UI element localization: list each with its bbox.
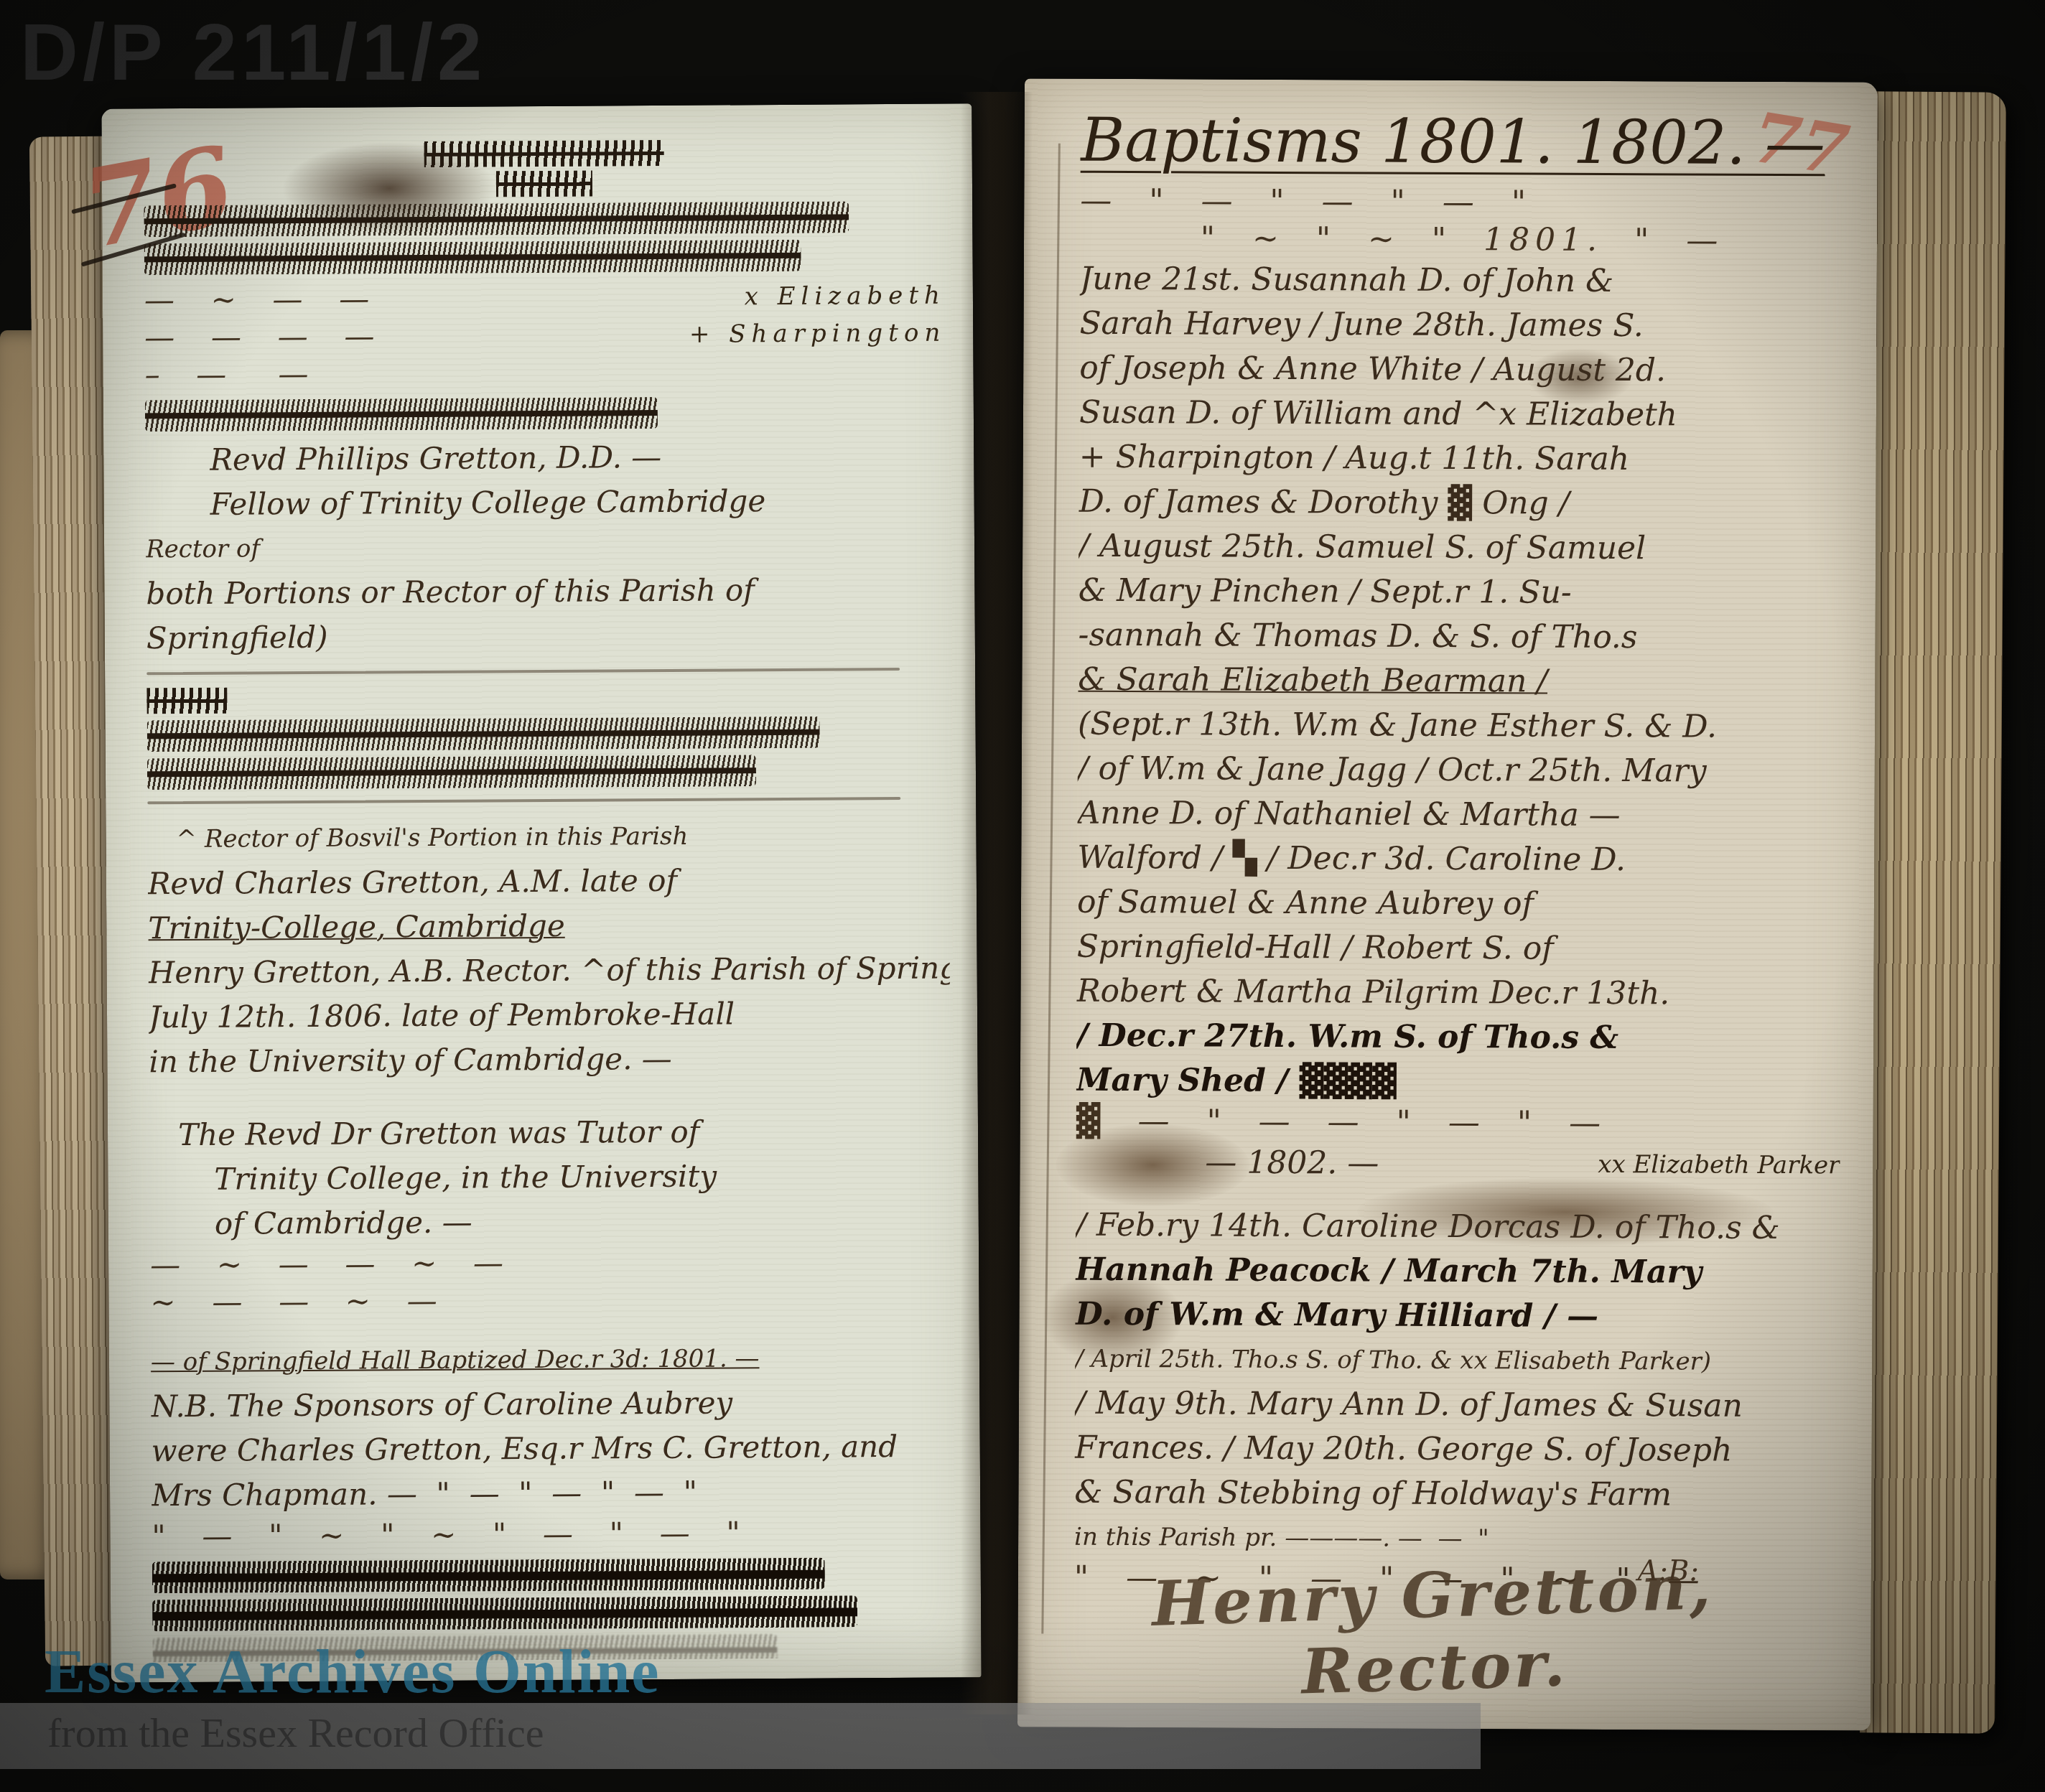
line-text: Fellow of Trinity College Cambridge bbox=[210, 483, 766, 522]
register-line: ✓& Sarah Elizabeth Bearman / bbox=[1078, 658, 1842, 706]
line-text: of Cambridge. — bbox=[215, 1205, 472, 1241]
crossed-out-line bbox=[144, 240, 801, 276]
line-text: Hannah Peacock / March 7th. Mary bbox=[1076, 1251, 1702, 1291]
line-text: — 1802. — bbox=[1205, 1144, 1379, 1182]
register-line: Revd Phillips Gretton, D.D. — bbox=[145, 434, 946, 483]
archive-reference-watermark: D/P 211/1/2 bbox=[20, 6, 486, 98]
line-text: were Charles Gretton, Esq.r Mrs C. Grett… bbox=[152, 1429, 898, 1468]
register-line: ✓D. of James & Dorothy ▓ Ong / bbox=[1079, 480, 1843, 528]
line-text: Robert & Martha Pilgrim Dec.r 13th. bbox=[1076, 973, 1669, 1012]
register-line: ✓Sarah Harvey / June 28th. James S. bbox=[1079, 302, 1843, 350]
register-line: x Elizabeth— ~ — — bbox=[144, 277, 946, 319]
line-text: N.B. The Sponsors of Caroline Aubrey bbox=[151, 1385, 732, 1424]
register-line: / May 9th. Mary Ann D. of James & Susan bbox=[1075, 1381, 1839, 1429]
line-text: -sannah & Thomas D. & S. of Tho.s bbox=[1079, 617, 1638, 655]
line-text: Springfield) bbox=[146, 620, 328, 656]
register-line: Fellow of Trinity College Cambridge bbox=[145, 478, 946, 528]
left-page-text: x Elizabeth— ~ — —+ Sharpington— — — —– … bbox=[144, 134, 954, 1663]
line-text: ~ — — ~ — bbox=[150, 1283, 442, 1320]
spacer bbox=[149, 1080, 951, 1114]
register-line: Hannah Peacock / March 7th. Mary bbox=[1076, 1248, 1840, 1296]
line-text: Susan D. of William and ^x Elizabeth bbox=[1079, 394, 1677, 434]
register-line: ^ Rector of Bosvil's Portion in this Par… bbox=[147, 813, 949, 862]
register-line: D. of W.m & Mary Hilliard / — bbox=[1075, 1292, 1839, 1340]
register-line: — of Springfield Hall Baptized Dec.r 3d:… bbox=[151, 1335, 952, 1385]
line-text: Henry Gretton, A.B. Rector. ^of this Par… bbox=[149, 950, 954, 990]
crossed-out-line bbox=[152, 1558, 826, 1594]
line-text: Revd Phillips Gretton, D.D. — bbox=[210, 439, 661, 477]
line-text: Mrs Chapman. — " — " — " — " bbox=[152, 1475, 697, 1513]
line-text: D. of James & Dorothy ▓ Ong / bbox=[1079, 483, 1569, 522]
line-text: — " — " — " — " bbox=[1080, 182, 1532, 221]
branding-watermark-title: Essex Archives Online bbox=[45, 1635, 661, 1707]
line-text: July 12th. 1806. late of Pembroke-Hall bbox=[149, 996, 735, 1035]
line-text: Walford / ▚ / Dec.r 3d. Caroline D. bbox=[1077, 839, 1626, 878]
right-page-entries: — " — " — " — "" ~ " ~ " 1801. " —✓June … bbox=[1074, 182, 1845, 1600]
line-text: Springfield-Hall / Robert S. of bbox=[1077, 928, 1554, 967]
line-text: / Dec.r 27th. W.m S. of Tho.s & bbox=[1076, 1017, 1618, 1056]
register-line: — ~ — — ~ — bbox=[150, 1242, 951, 1284]
register-line: " — " ~ " ~ " — " — " bbox=[152, 1513, 953, 1556]
register-line: ✓of Samuel & Anne Aubrey of bbox=[1077, 880, 1841, 928]
register-line: — " — " — " — " bbox=[1080, 182, 1844, 223]
register-line: Henry Gretton, A.B. Rector. ^of this Par… bbox=[148, 946, 949, 996]
line-text: Rector of bbox=[146, 534, 260, 564]
register-line: + Sharpington— — — — bbox=[144, 314, 946, 357]
line-text: of Joseph & Anne White / August 2d. bbox=[1079, 350, 1666, 389]
line-text: Trinity-College, Cambridge bbox=[148, 908, 565, 946]
line-text: — — — — bbox=[144, 318, 380, 355]
register-line: The Revd Dr Gretton was Tutor of bbox=[149, 1109, 951, 1158]
line-text: in the University of Cambridge. — bbox=[149, 1041, 672, 1079]
register-line: Mrs Chapman. — " — " — " — " bbox=[152, 1469, 953, 1518]
branding-watermark-subtitle: from the Essex Record Office bbox=[47, 1709, 544, 1757]
register-line: Rector of bbox=[146, 523, 947, 572]
line-text: Revd Charles Gretton, A.M. late of bbox=[148, 863, 677, 902]
register-line: Springfield) bbox=[146, 612, 948, 661]
register-line: were Charles Gretton, Esq.r Mrs C. Grett… bbox=[152, 1424, 953, 1474]
line-text: + Sharpington / Aug.t 11th. Sarah bbox=[1079, 439, 1630, 477]
register-line: ▓ — " — — " — " — bbox=[1076, 1103, 1840, 1144]
line-text: Anne D. of Nathaniel & Martha — bbox=[1077, 795, 1620, 834]
line-text: (Sept.r 13th. W.m & Jane Esther S. & D. bbox=[1078, 706, 1717, 745]
line-text: / May 9th. Mary Ann D. of James & Susan bbox=[1075, 1385, 1743, 1424]
register-line: July 12th. 1806. late of Pembroke-Hall bbox=[149, 991, 950, 1040]
register-line: ✓Robert & Martha Pilgrim Dec.r 13th. bbox=[1076, 969, 1840, 1017]
register-line: Mary Shed / ▓▓▓▓ bbox=[1076, 1058, 1840, 1106]
line-annotation: xx Elizabeth Parker bbox=[1598, 1142, 1840, 1187]
line-text: Mary Shed / ▓▓▓▓ bbox=[1076, 1062, 1397, 1100]
line-text: " ~ " ~ " 1801. " — bbox=[1201, 220, 1724, 258]
register-line: / April 25th. Tho.s S. of Tho. & xx Elis… bbox=[1075, 1337, 1839, 1385]
line-text: of Samuel & Anne Aubrey of bbox=[1077, 884, 1534, 923]
register-line: Revd Charles Gretton, A.M. late of bbox=[148, 857, 949, 907]
crossed-out-line bbox=[144, 201, 849, 237]
register-line: ✓/ August 25th. Samuel S. of Samuel bbox=[1079, 524, 1843, 572]
register-line: ✓Walford / ▚ / Dec.r 3d. Caroline D. bbox=[1077, 836, 1841, 884]
line-text: — ~ — — ~ — bbox=[150, 1245, 509, 1282]
line-text: ^ Rector of Bosvil's Portion in this Par… bbox=[176, 822, 688, 854]
register-line: ✓Susan D. of William and ^x Elizabeth bbox=[1079, 391, 1843, 439]
register-line: both Portions or Rector of this Parish o… bbox=[146, 567, 947, 617]
crossed-out-line bbox=[424, 140, 664, 167]
line-text: Sarah Harvey / June 28th. James S. bbox=[1079, 305, 1643, 344]
register-line: ✓Anne D. of Nathaniel & Martha — bbox=[1077, 791, 1841, 839]
register-line: in the University of Cambridge. — bbox=[149, 1035, 950, 1085]
register-line: ✓of Joseph & Anne White / August 2d. bbox=[1079, 346, 1843, 394]
pen-rule bbox=[147, 797, 900, 804]
line-text: & Mary Pinchen / Sept.r 1. Su- bbox=[1079, 572, 1572, 611]
pen-rule bbox=[146, 668, 900, 675]
register-line: Trinity-College, Cambridge bbox=[148, 902, 949, 951]
register-line: ✓-sannah & Thomas D. & S. of Tho.s bbox=[1078, 613, 1842, 661]
line-text: — ~ — — bbox=[144, 281, 376, 317]
line-text: ▓ — " — — " — " — bbox=[1076, 1103, 1607, 1142]
register-line: ~ — — ~ — bbox=[150, 1279, 951, 1322]
register-line: Trinity College, in the University bbox=[149, 1153, 951, 1203]
line-text: The Revd Dr Gretton was Tutor of bbox=[178, 1114, 699, 1152]
line-text: & Sarah Elizabeth Bearman / bbox=[1078, 661, 1547, 700]
page-heading: Baptisms 1801. 1802. — bbox=[1080, 98, 1845, 186]
register-line: N.B. The Sponsors of Caroline Aubrey bbox=[151, 1380, 952, 1429]
book-gutter-shadow bbox=[961, 92, 1033, 1714]
crossed-out-line bbox=[152, 1595, 857, 1631]
crossed-out-line bbox=[147, 717, 821, 752]
register-line: ✓/ of W.m & Jane Jagg / Oct.r 25th. Mary bbox=[1078, 747, 1842, 795]
register-line: / Feb.ry 14th. Caroline Dorcas D. of Tho… bbox=[1076, 1203, 1840, 1251]
line-text: D. of W.m & Mary Hilliard / — bbox=[1075, 1296, 1598, 1335]
register-line: ✓+ Sharpington / Aug.t 11th. Sarah bbox=[1079, 435, 1843, 483]
line-text: / August 25th. Samuel S. of Samuel bbox=[1079, 528, 1646, 566]
line-text: " — " ~ " ~ " — " — " bbox=[152, 1515, 746, 1554]
line-annotation: + Sharpington bbox=[689, 314, 946, 353]
rector-signature-block: A:B: Henry Gretton, Rector. bbox=[1017, 1557, 1850, 1706]
branding-watermark-band: from the Essex Record Office bbox=[0, 1703, 1481, 1769]
register-line: / Dec.r 27th. W.m S. of Tho.s & bbox=[1076, 1014, 1840, 1062]
line-text: / Feb.ry 14th. Caroline Dorcas D. of Tho… bbox=[1076, 1207, 1780, 1246]
line-text: – — — bbox=[144, 356, 314, 392]
register-line: xx Elizabeth Parker— 1802. — bbox=[1076, 1140, 1840, 1188]
register-page-right: 77 Baptisms 1801. 1802. — — " — " — " — … bbox=[1017, 78, 1878, 1730]
line-text: / April 25th. Tho.s S. of Tho. & xx Elis… bbox=[1075, 1345, 1711, 1376]
signature-name: Henry Gretton, Rector. bbox=[1016, 1546, 1852, 1717]
line-text: Frances. / May 20th. George S. of Joseph bbox=[1075, 1429, 1733, 1469]
register-line: & Sarah Stebbing of Holdway's Farm bbox=[1074, 1470, 1838, 1518]
register-line: ✓& Mary Pinchen / Sept.r 1. Su- bbox=[1079, 569, 1843, 617]
line-text: Trinity College, in the University bbox=[214, 1159, 717, 1197]
line-text: / of W.m & Jane Jagg / Oct.r 25th. Mary bbox=[1078, 750, 1707, 790]
register-line: ✓(Sept.r 13th. W.m & Jane Esther S. & D. bbox=[1078, 702, 1842, 750]
register-line: ✓June 21st. Susannah D. of John & bbox=[1080, 257, 1844, 305]
right-page-text: Baptisms 1801. 1802. — — " — " — " — "" … bbox=[1073, 98, 1845, 1714]
register-line: ✓Springfield-Hall / Robert S. of bbox=[1077, 925, 1841, 973]
line-text: both Portions or Rector of this Parish o… bbox=[146, 572, 755, 611]
crossed-out-line bbox=[146, 688, 227, 714]
line-annotation: x Elizabeth bbox=[745, 277, 946, 316]
crossed-out-line bbox=[145, 397, 658, 431]
line-text: — of Springfield Hall Baptized Dec.r 3d:… bbox=[151, 1344, 760, 1376]
register-line: of Cambridge. — bbox=[150, 1198, 951, 1247]
register-line: Frances. / May 20th. George S. of Joseph bbox=[1075, 1426, 1839, 1474]
line-text: June 21st. Susannah D. of John & bbox=[1080, 261, 1614, 299]
register-line: " ~ " ~ " 1801. " — bbox=[1080, 220, 1844, 261]
page-stack-right-edge bbox=[1860, 91, 2006, 1733]
line-text: in this Parish pr. ————. — — " bbox=[1074, 1523, 1489, 1554]
line-text: & Sarah Stebbing of Holdway's Farm bbox=[1074, 1474, 1672, 1513]
crossed-out-line bbox=[147, 755, 756, 790]
register-line: – — — bbox=[144, 352, 946, 394]
document-scan-photo: D/P 211/1/2 76 x Elizabeth— ~ — —+ Sharp… bbox=[0, 0, 2045, 1792]
crossed-out-line bbox=[496, 171, 592, 197]
register-page-left: 76 x Elizabeth— ~ — —+ Sharpington— — — … bbox=[101, 103, 981, 1682]
